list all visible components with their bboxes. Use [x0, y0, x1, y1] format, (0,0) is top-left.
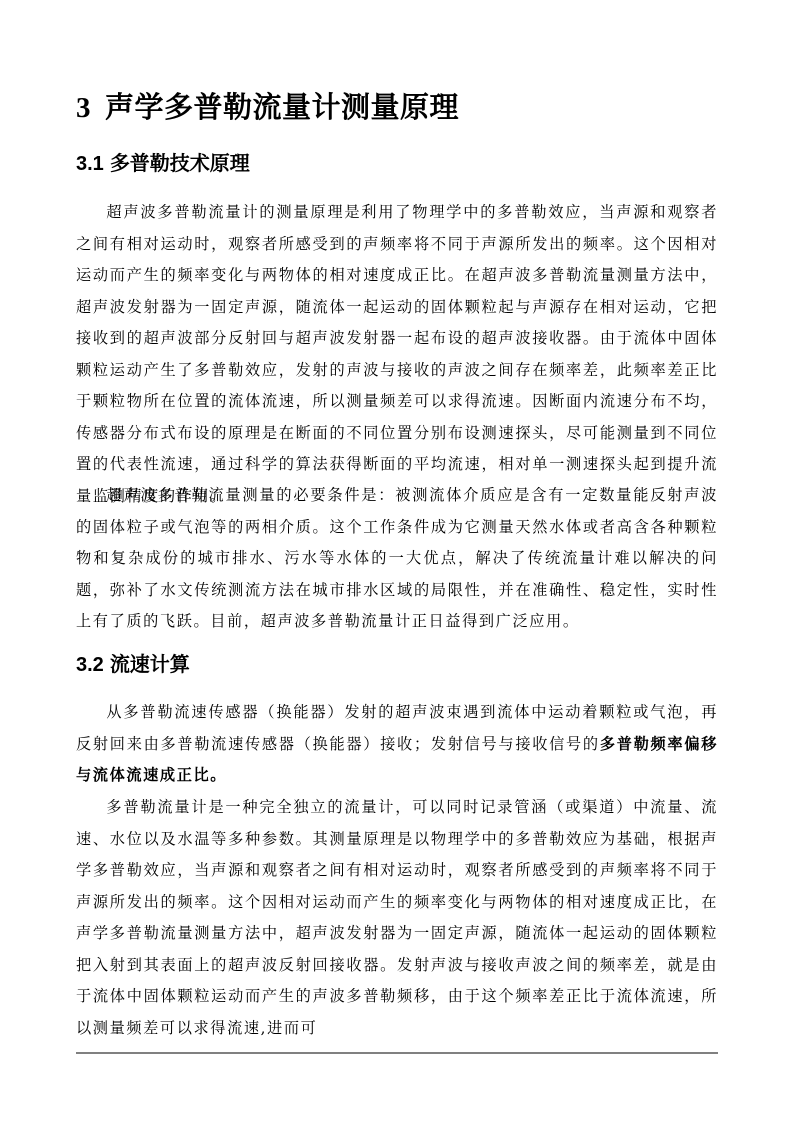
chapter-title: 3声学多普勒流量计测量原理	[76, 88, 459, 128]
paragraph: 多普勒流量计是一种完全独立的流量计，可以同时记录管涵（或渠道）中流量、流速、水位…	[76, 792, 718, 1044]
paragraph: 从多普勒流速传感器（换能器）发射的超声波束遇到流体中运动着颗粒或气泡，再反射回来…	[76, 697, 718, 792]
section-number: 3.1	[76, 153, 104, 175]
section-title-text: 多普勒技术原理	[110, 153, 250, 175]
paragraph: 超声波多普勒流量测量的必要条件是：被测流体介质应是含有一定数量能反射声波的固体粒…	[76, 480, 718, 638]
section-heading-3-1: 3.1多普勒技术原理	[76, 150, 250, 178]
section-number: 3.2	[76, 654, 104, 676]
paragraph: 超声波多普勒流量计的测量原理是利用了物理学中的多普勒效应，当声源和观察者之间有相…	[76, 197, 718, 512]
chapter-title-text: 声学多普勒流量计测量原理	[105, 92, 459, 124]
section-title-text: 流速计算	[110, 654, 190, 676]
footer-divider	[76, 1052, 718, 1054]
chapter-number: 3	[76, 88, 91, 128]
section-heading-3-2: 3.2流速计算	[76, 651, 190, 679]
